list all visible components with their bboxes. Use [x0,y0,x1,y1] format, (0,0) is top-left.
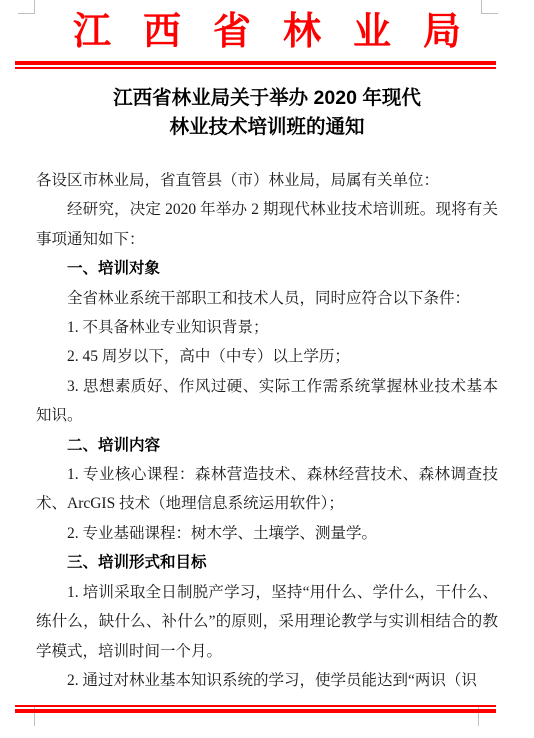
section-3-item-1: 1. 培训采取全日制脱产学习，坚持“用什么、学什么，干什么、练什么，缺什么、补什… [36,578,498,666]
section-2-item-1: 1. 专业核心课程：森林营造技术、森林经营技术、森林调查技术、ArcGIS 技术… [36,460,498,519]
agency-letterhead-name: 江西省林业局 [0,8,534,56]
section-2-item-2: 2. 专业基础课程：树木学、土壤学、测量学。 [36,519,498,548]
footer-divider-rule [15,705,496,713]
section-1-item-4: 3. 思想素质好、作风过硬、实际工作需系统掌握林业技术基本知识。 [36,372,498,431]
section-1-item-2: 1. 不具备林业专业知识背景； [36,313,498,342]
section-1-item-1: 全省林业系统干部职工和技术人员，同时应符合以下条件： [36,284,498,313]
salutation-line: 各设区市林业局，省直管县（市）林业局，局属有关单位： [36,166,498,195]
section-3-heading: 三、培训形式和目标 [36,548,498,577]
document-title-line-1: 江西省林业局关于举办 2020 年现代 [0,84,534,113]
document-body: 各设区市林业局，省直管县（市）林业局，局属有关单位： 经研究，决定 2020 年… [36,166,498,695]
section-1-heading: 一、培训对象 [36,254,498,283]
section-3-item-2: 2. 通过对林业基本知识系统的学习，使学员能达到“两识（识 [36,666,498,695]
letterhead-divider-rule [15,61,496,69]
document-page: 江西省林业局 江西省林业局关于举办 2020 年现代 林业技术培训班的通知 各设… [0,0,534,738]
intro-paragraph: 经研究，决定 2020 年举办 2 期现代林业技术培训班。现将有关事项通知如下： [36,195,498,254]
section-1-item-3: 2. 45 周岁以下，高中（中专）以上学历； [36,342,498,371]
document-title-line-2: 林业技术培训班的通知 [0,113,534,142]
document-title: 江西省林业局关于举办 2020 年现代 林业技术培训班的通知 [0,84,534,142]
section-2-heading: 二、培训内容 [36,431,498,460]
